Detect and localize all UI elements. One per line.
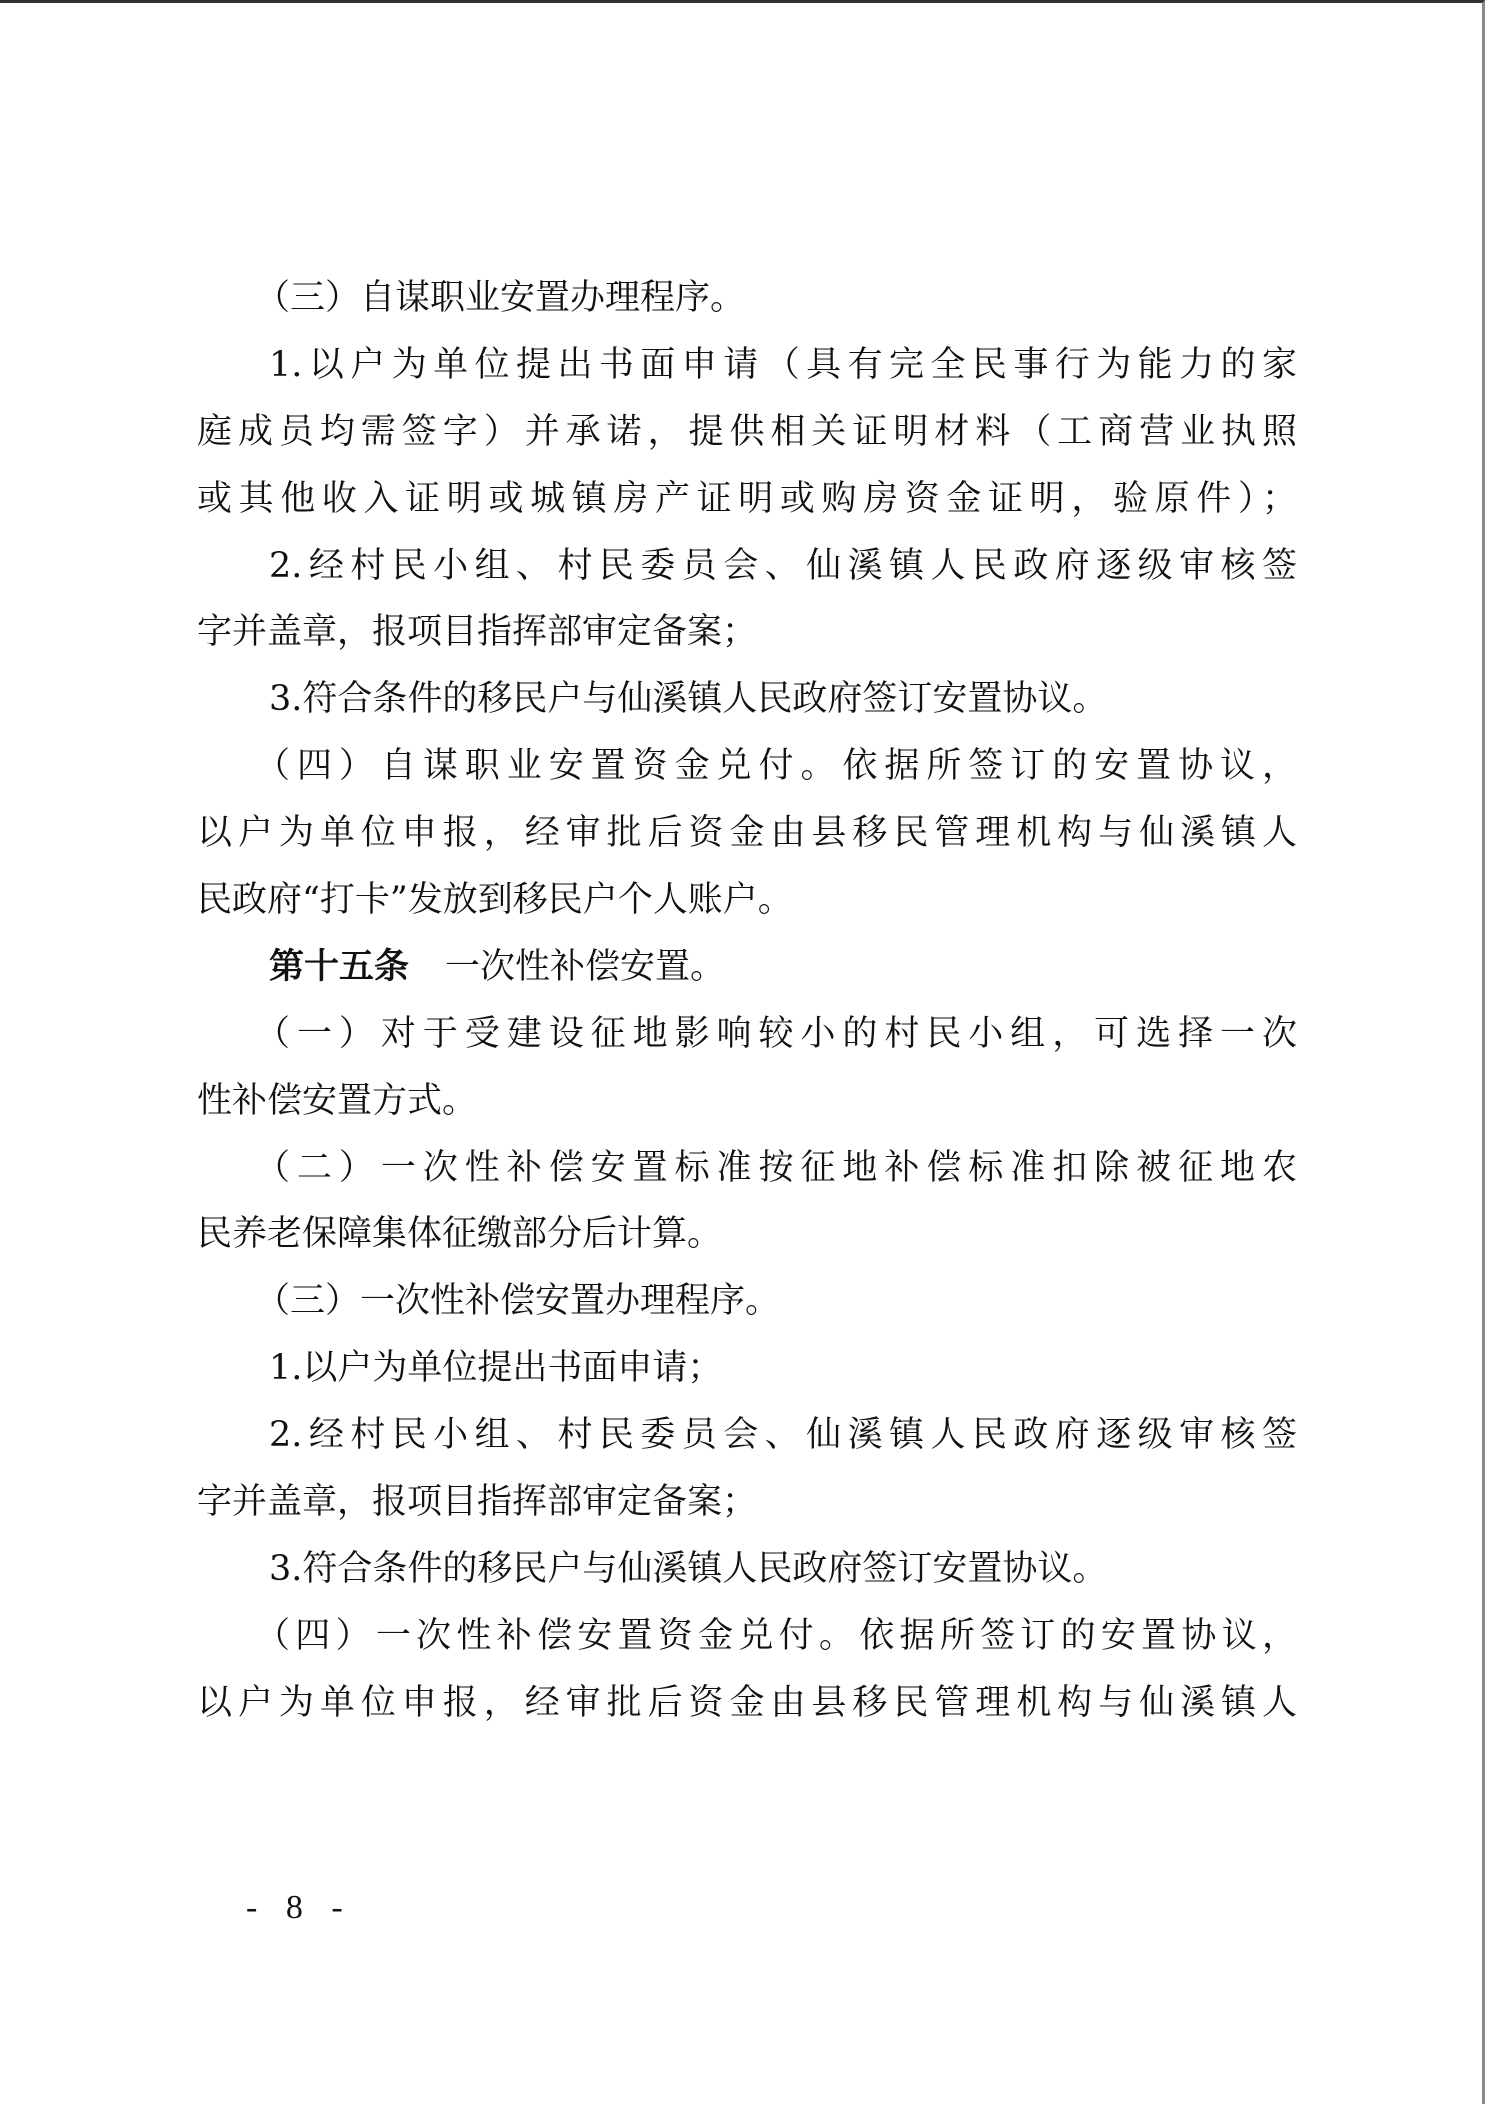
paragraph-line: 以户为单位申报，经审批后资金由县移民管理机构与仙溪镇人 (197, 1670, 1297, 1737)
document-body: （三）自谋职业安置办理程序。 1.以户为单位提出书面申请（具有完全民事行为能力的… (197, 265, 1297, 1737)
paragraph-line: 字并盖章，报项目指挥部审定备案； (197, 599, 1297, 666)
paragraph-line: 或其他收入证明或城镇房产证明或购房资金证明，验原件）； (197, 466, 1297, 533)
article-title: 一次性补偿安置。 (445, 947, 725, 987)
paragraph-line: （二）一次性补偿安置标准按征地补偿标准扣除被征地农 (197, 1135, 1297, 1202)
paragraph-line: 2.经村民小组、村民委员会、仙溪镇人民政府逐级审核签 (197, 1402, 1297, 1469)
paragraph-line: 1.以户为单位提出书面申请（具有完全民事行为能力的家 (197, 332, 1297, 399)
paragraph-line: 1.以户为单位提出书面申请； (197, 1335, 1297, 1402)
paragraph-line: 3.符合条件的移民户与仙溪镇人民政府签订安置协议。 (197, 1536, 1297, 1603)
paragraph-line: （三）自谋职业安置办理程序。 (197, 265, 1297, 332)
paragraph-line: 以户为单位申报，经审批后资金由县移民管理机构与仙溪镇人 (197, 800, 1297, 867)
paragraph-line: 3.符合条件的移民户与仙溪镇人民政府签订安置协议。 (197, 666, 1297, 733)
paragraph-line: （四）自谋职业安置资金兑付。依据所签订的安置协议， (197, 733, 1297, 800)
paragraph-line: 2.经村民小组、村民委员会、仙溪镇人民政府逐级审核签 (197, 533, 1297, 600)
article-heading-line: 第十五条一次性补偿安置。 (197, 934, 1297, 1001)
page-number: - 8 - (246, 1889, 353, 1927)
document-page: （三）自谋职业安置办理程序。 1.以户为单位提出书面申请（具有完全民事行为能力的… (0, 0, 1485, 2104)
paragraph-line: 性补偿安置方式。 (197, 1068, 1297, 1135)
paragraph-line: 民养老保障集体征缴部分后计算。 (197, 1201, 1297, 1268)
paragraph-line: 字并盖章，报项目指挥部审定备案； (197, 1469, 1297, 1536)
paragraph-line: 庭成员均需签字）并承诺，提供相关证明材料（工商营业执照 (197, 399, 1297, 466)
paragraph-line: （一）对于受建设征地影响较小的村民小组，可选择一次 (197, 1001, 1297, 1068)
paragraph-line: （三）一次性补偿安置办理程序。 (197, 1268, 1297, 1335)
article-number: 第十五条 (269, 946, 409, 987)
paragraph-line: （四）一次性补偿安置资金兑付。依据所签订的安置协议， (197, 1603, 1297, 1670)
paragraph-line: 民政府“打卡”发放到移民户个人账户。 (197, 867, 1297, 934)
